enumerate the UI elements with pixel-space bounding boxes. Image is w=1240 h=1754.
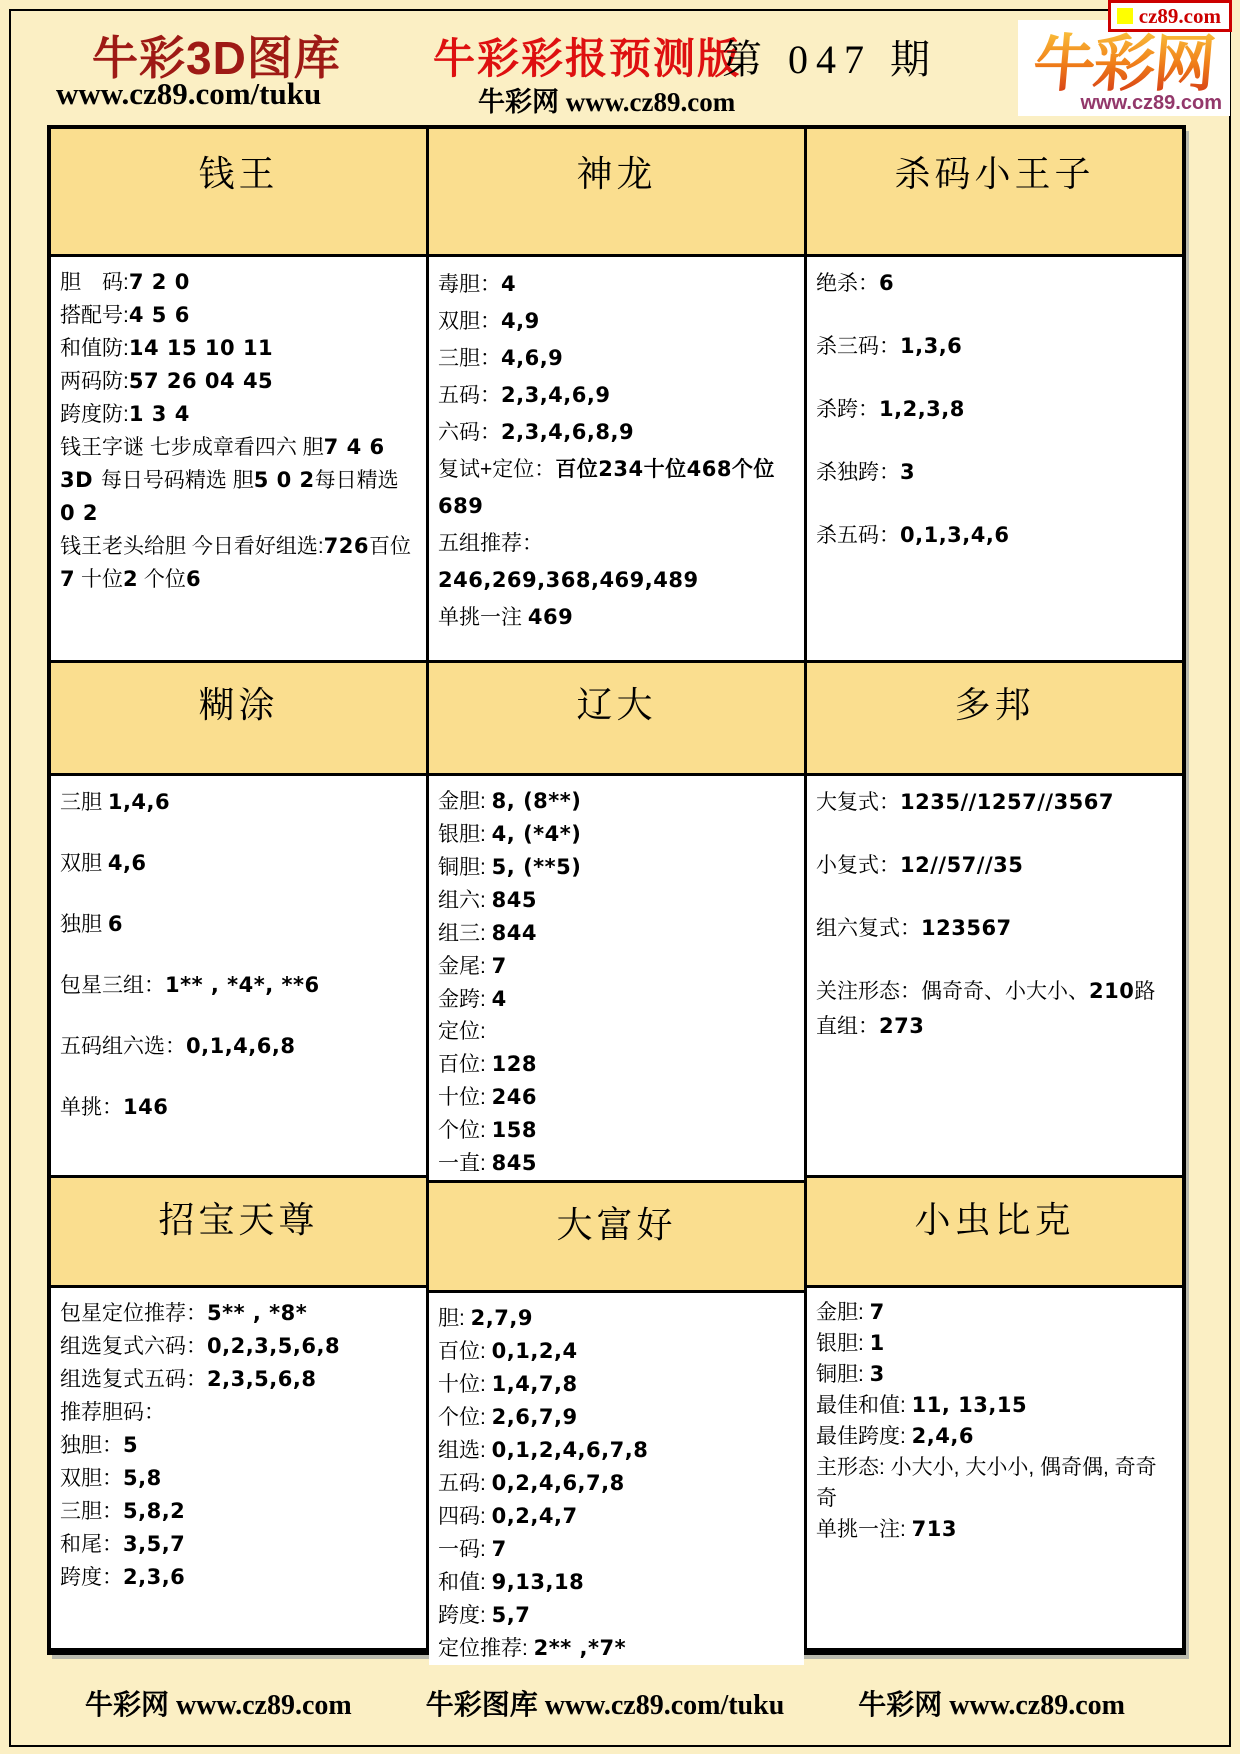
site-url: 牛彩网 www.cz89.com xyxy=(478,80,735,119)
cell-title: 辽大 xyxy=(429,663,804,728)
prediction-line: 六码：2,3,4,6,8,9 xyxy=(438,414,794,451)
prediction-value: 2,3,4,6,8,9 xyxy=(501,420,634,444)
prediction-label: 最佳跨度: xyxy=(816,1425,912,1448)
prediction-line: 双胆：5,8 xyxy=(60,1462,416,1495)
predictor-cell: 钱王 胆 码:7 2 0搭配号:4 5 6和值防:14 15 10 11两码防:… xyxy=(51,129,426,660)
prediction-value: 7 2 0 xyxy=(129,270,190,294)
prediction-label: 五组推荐： xyxy=(438,532,543,555)
prediction-label: 杀独跨： xyxy=(816,461,900,484)
cell-title-band: 小虫比克 xyxy=(807,1175,1182,1288)
cell-title: 小虫比克 xyxy=(807,1178,1182,1243)
cell-title-band: 多邦 xyxy=(807,660,1182,776)
cell-title: 大富好 xyxy=(429,1183,804,1248)
prediction-line: 杀五码：0,1,3,4,6 xyxy=(816,518,1172,553)
prediction-value: 9,13,18 xyxy=(492,1570,585,1594)
cell-body: 包星定位推荐：5** , *8*组选复式六码：0,2,3,5,6,8组选复式五码… xyxy=(51,1288,426,1648)
prediction-label: 关注形态：偶奇奇、小大小、 xyxy=(816,980,1089,1003)
prediction-line: 双胆 4,6 xyxy=(60,846,416,881)
prediction-line: 最佳跨度: 2,4,6 xyxy=(816,1421,1164,1452)
prediction-line: 组六复式：123567 xyxy=(816,911,1172,946)
prediction-value: 5** , *8* xyxy=(207,1301,307,1325)
prediction-value: 4,6,9 xyxy=(501,346,563,370)
prediction-value: 12//57//35 xyxy=(900,853,1023,877)
prediction-line: 包星定位推荐：5** , *8* xyxy=(60,1297,416,1330)
prediction-line: 金胆: 8, (8**) xyxy=(438,785,794,818)
prediction-line: 3D 每日号码精选 胆5 0 2每日精选 0 2 xyxy=(60,464,416,530)
prediction-label: 单挑： xyxy=(60,1096,123,1119)
predictor-cell: 招宝天尊 包星定位推荐：5** , *8*组选复式六码：0,2,3,5,6,8组… xyxy=(51,1175,426,1648)
prediction-line: 三胆：5,8,2 xyxy=(60,1495,416,1528)
cell-body: 大复式：1235//1257//3567小复式：12//57//35组六复式：1… xyxy=(807,776,1182,1175)
prediction-line: 两码防:57 26 04 45 xyxy=(60,365,416,398)
prediction-line: 三胆：4,6,9 xyxy=(438,340,794,377)
prediction-value: 0,1,4,6,8 xyxy=(186,1034,295,1058)
prediction-label: 杀三码： xyxy=(816,335,900,358)
prediction-line: 三胆 1,4,6 xyxy=(60,785,416,820)
prediction-line: 独胆 6 xyxy=(60,907,416,942)
prediction-line: 搭配号:4 5 6 xyxy=(60,299,416,332)
prediction-label: 组选复式六码： xyxy=(60,1335,207,1358)
prediction-label: 胆: xyxy=(438,1307,471,1330)
cell-body: 金胆: 7银胆: 1铜胆: 3最佳和值: 11, 13,15最佳跨度: 2,4,… xyxy=(807,1288,1182,1648)
prediction-label: 两码防: xyxy=(60,370,129,393)
prediction-label: 一直: xyxy=(438,1152,492,1175)
prediction-line: 钱王字谜 七步成章看四六 胆7 4 6 xyxy=(60,431,416,464)
cz89-chip: cz89.com xyxy=(1108,0,1232,32)
cell-body: 绝杀：6杀三码：1,3,6杀跨：1,2,3,8杀独跨：3杀五码：0,1,3,4,… xyxy=(807,257,1182,660)
prediction-line: 推荐胆码： xyxy=(60,1396,416,1429)
prediction-line: 个位: 2,6,7,9 xyxy=(438,1401,794,1434)
prediction-label: 组六: xyxy=(438,889,492,912)
prediction-label: 跨度: xyxy=(438,1604,492,1627)
predictor-cell: 辽大 金胆: 8, (8**)银胆: 4, (*4*)铜胆: 5, (**5)组… xyxy=(429,660,804,1180)
prediction-line: 十位: 1,4,7,8 xyxy=(438,1368,794,1401)
prediction-label: 跨度： xyxy=(60,1566,123,1589)
prediction-value: 210 xyxy=(1089,979,1134,1003)
prediction-label: 银胆: xyxy=(438,823,492,846)
footer-right: 牛彩网 www.cz89.com xyxy=(858,1683,1125,1723)
prediction-line: 胆: 2,7,9 xyxy=(438,1302,794,1335)
prediction-value: 5, (**5) xyxy=(492,855,582,879)
prediction-label: 定位: xyxy=(438,1020,486,1043)
prediction-line: 直组：273 xyxy=(816,1009,1172,1044)
prediction-label: 独胆 xyxy=(60,913,108,936)
prediction-line: 定位推荐: 2** ,*7* xyxy=(438,1632,794,1665)
prediction-label: 单挑一注 xyxy=(438,606,528,629)
prediction-value: 6 xyxy=(108,912,123,936)
cell-title: 杀码小王子 xyxy=(807,129,1182,197)
prediction-value: 1,3,6 xyxy=(900,334,962,358)
prediction-value: 1,4,6 xyxy=(108,790,170,814)
prediction-label: 搭配号: xyxy=(60,304,129,327)
prediction-value: 0,2,3,5,6,8 xyxy=(207,1334,340,1358)
prediction-line: 定位: xyxy=(438,1016,794,1048)
prediction-value: 1235//1257//3567 xyxy=(900,790,1114,814)
prediction-label: 每日精选 xyxy=(315,469,399,492)
prediction-label: 和值: xyxy=(438,1571,492,1594)
cell-title: 多邦 xyxy=(807,663,1182,728)
prediction-line: 组六: 845 xyxy=(438,884,794,917)
prediction-line: 四码: 0,2,4,7 xyxy=(438,1500,794,1533)
prediction-value: 1 3 4 xyxy=(129,402,190,426)
prediction-line: 单挑一注 469 xyxy=(438,599,794,636)
prediction-label: 三胆： xyxy=(60,1500,123,1523)
prediction-label: 百位: xyxy=(438,1053,492,1076)
prediction-label: 金胆: xyxy=(816,1301,870,1324)
prediction-line: 金胆: 7 xyxy=(816,1297,1164,1328)
prediction-line: 一码: 7 xyxy=(438,1533,794,1566)
prediction-value: 4 5 6 xyxy=(129,303,190,327)
prediction-label: 三胆 xyxy=(60,791,108,814)
prediction-label: 铜胆: xyxy=(438,856,492,879)
prediction-value: 0,1,2,4,6,7,8 xyxy=(492,1438,649,1462)
prediction-label: 六码： xyxy=(438,421,501,444)
prediction-label: 一码: xyxy=(438,1538,492,1561)
prediction-line: 跨度: 5,7 xyxy=(438,1599,794,1632)
cell-body: 胆: 2,7,9百位: 0,1,2,4十位: 1,4,7,8个位: 2,6,7,… xyxy=(429,1293,804,1665)
prediction-line: 单挑：146 xyxy=(60,1090,416,1125)
prediction-line: 杀独跨：3 xyxy=(816,455,1172,490)
prediction-label: 百位: xyxy=(438,1340,492,1363)
footer-center: 牛彩图库 www.cz89.com/tuku xyxy=(426,1683,785,1723)
prediction-value: 246 xyxy=(492,1085,537,1109)
prediction-line: 百位: 0,1,2,4 xyxy=(438,1335,794,1368)
prediction-line: 金跨: 4 xyxy=(438,983,794,1016)
predictor-cell: 小虫比克 金胆: 7银胆: 1铜胆: 3最佳和值: 11, 13,15最佳跨度:… xyxy=(807,1175,1182,1648)
prediction-line: 最佳和值: 11, 13,15 xyxy=(816,1390,1164,1421)
prediction-value: 3 xyxy=(900,460,915,484)
yellow-square-icon xyxy=(1117,8,1133,24)
prediction-label: 大复式： xyxy=(816,791,900,814)
prediction-label: 钱王字谜 七步成章看四六 胆 xyxy=(60,436,324,459)
prediction-value: 7 xyxy=(492,954,507,978)
prediction-value: 4 xyxy=(492,987,507,1011)
prediction-label: 独胆： xyxy=(60,1434,123,1457)
prediction-label: 复试+定位： xyxy=(438,458,555,481)
prediction-label: 和尾： xyxy=(60,1533,123,1556)
prediction-value: 1** , *4*, **6 xyxy=(165,973,320,997)
prediction-label: 银胆: xyxy=(816,1332,870,1355)
prediction-value: 146 xyxy=(123,1095,168,1119)
prediction-label: 百位 xyxy=(369,535,411,558)
prediction-label: 直组： xyxy=(816,1015,879,1038)
prediction-label: 双胆： xyxy=(60,1467,123,1490)
prediction-label: 和值防: xyxy=(60,337,129,360)
prediction-line: 铜胆: 5, (**5) xyxy=(438,851,794,884)
page-header: 牛彩3D图库 www.cz89.com/tuku 牛彩彩报预测版 牛彩网 www… xyxy=(0,0,1240,122)
cell-title-band: 辽大 xyxy=(429,660,804,776)
predictor-cell: 杀码小王子 绝杀：6杀三码：1,3,6杀跨：1,2,3,8杀独跨：3杀五码：0,… xyxy=(807,129,1182,660)
prediction-label: 杀跨： xyxy=(816,398,879,421)
prediction-value: 2,6,7,9 xyxy=(492,1405,578,1429)
prediction-label: 包星三组： xyxy=(60,974,165,997)
predictor-cell: 多邦 大复式：1235//1257//3567小复式：12//57//35组六复… xyxy=(807,660,1182,1175)
cell-title-band: 大富好 xyxy=(429,1180,804,1293)
prediction-value: 4, (*4*) xyxy=(492,822,582,846)
prediction-value: 0 2 xyxy=(60,501,98,525)
prediction-value: 3,5,7 xyxy=(123,1532,185,1556)
prediction-line: 胆 码:7 2 0 xyxy=(60,266,416,299)
prediction-value: 2,3,6 xyxy=(123,1565,185,1589)
prediction-line: 百位: 128 xyxy=(438,1048,794,1081)
prediction-label: 双胆： xyxy=(438,310,501,333)
prediction-line: 银胆: 4, (*4*) xyxy=(438,818,794,851)
prediction-line: 主形态: 小大小, 大小小, 偶奇偶, 奇奇奇 xyxy=(816,1452,1164,1514)
prediction-value: 2,4,6 xyxy=(912,1424,974,1448)
prediction-label: 主形态: 小大小, 大小小, 偶奇偶, 奇奇奇 xyxy=(816,1456,1157,1510)
chip-domain: cz89.com xyxy=(1139,4,1221,29)
prediction-value: 123567 xyxy=(921,916,1012,940)
prediction-value: 1,2,3,8 xyxy=(879,397,965,421)
prediction-line: 杀跨：1,2,3,8 xyxy=(816,392,1172,427)
prediction-label: 十位 xyxy=(75,568,123,591)
prediction-label: 小复式： xyxy=(816,854,900,877)
prediction-value: 5 xyxy=(123,1433,138,1457)
prediction-value: 7 4 6 xyxy=(324,435,385,459)
prediction-label: 推荐胆码： xyxy=(60,1401,165,1424)
prediction-value: 7 xyxy=(60,567,75,591)
prediction-value: 246,269,368,469,489 xyxy=(438,568,699,592)
prediction-value: 57 26 04 45 xyxy=(129,369,273,393)
board-column-3: 杀码小王子 绝杀：6杀三码：1,3,6杀跨：1,2,3,8杀独跨：3杀五码：0,… xyxy=(807,129,1182,1648)
prediction-label: 组选复式五码： xyxy=(60,1368,207,1391)
prediction-value: 1 xyxy=(870,1331,885,1355)
prediction-value: 6 xyxy=(879,271,894,295)
prediction-line: 五码: 0,2,4,6,7,8 xyxy=(438,1467,794,1500)
prediction-line: 钱王老头给胆 今日看好组选:726百位7 十位2 个位6 xyxy=(60,530,416,596)
prediction-value: 128 xyxy=(492,1052,537,1076)
prediction-value: 5,8 xyxy=(123,1466,162,1490)
prediction-value: 7 xyxy=(870,1300,885,1324)
prediction-label: 十位: xyxy=(438,1373,492,1396)
board-column-1: 钱王 胆 码:7 2 0搭配号:4 5 6和值防:14 15 10 11两码防:… xyxy=(51,129,429,1648)
prediction-line: 组选复式六码：0,2,3,5,6,8 xyxy=(60,1330,416,1363)
prediction-line: 银胆: 1 xyxy=(816,1328,1164,1359)
prediction-line: 五码：2,3,4,6,9 xyxy=(438,377,794,414)
prediction-line: 单挑一注: 713 xyxy=(816,1514,1164,1545)
prediction-value: 158 xyxy=(492,1118,537,1142)
prediction-value: 845 xyxy=(492,888,537,912)
cell-title: 招宝天尊 xyxy=(51,1178,426,1243)
prediction-value: 4,9 xyxy=(501,309,540,333)
footer-left: 牛彩网 www.cz89.com xyxy=(85,1683,352,1723)
brand-url: www.cz89.com/tuku xyxy=(56,76,321,112)
prediction-line: 杀三码：1,3,6 xyxy=(816,329,1172,364)
prediction-value: 844 xyxy=(492,921,537,945)
edition-title: 牛彩彩报预测版 xyxy=(433,26,741,86)
cell-body: 胆 码:7 2 0搭配号:4 5 6和值防:14 15 10 11两码防:57 … xyxy=(51,257,426,660)
prediction-line: 五码组六选：0,1,4,6,8 xyxy=(60,1029,416,1064)
cell-body: 毒胆：4双胆：4,9三胆：4,6,9五码：2,3,4,6,9六码：2,3,4,6… xyxy=(429,257,804,660)
prediction-label: 单挑一注: xyxy=(816,1518,912,1541)
prediction-value: 6 xyxy=(186,567,201,591)
prediction-board: 钱王 胆 码:7 2 0搭配号:4 5 6和值防:14 15 10 11两码防:… xyxy=(47,125,1186,1655)
predictor-cell: 大富好 胆: 2,7,9百位: 0,1,2,4十位: 1,4,7,8个位: 2,… xyxy=(429,1180,804,1665)
prediction-label: 个位 xyxy=(138,568,186,591)
prediction-label: 十位: xyxy=(438,1086,492,1109)
prediction-label: 四码: xyxy=(438,1505,492,1528)
prediction-value: 2,3,5,6,8 xyxy=(207,1367,316,1391)
prediction-value: 5 0 2 xyxy=(254,468,315,492)
prediction-line: 十位: 246 xyxy=(438,1081,794,1114)
prediction-line: 跨度防:1 3 4 xyxy=(60,398,416,431)
prediction-line: 双胆：4,9 xyxy=(438,303,794,340)
prediction-label: 金尾: xyxy=(438,955,492,978)
prediction-value: 0,2,4,7 xyxy=(492,1504,578,1528)
prediction-label: 双胆 xyxy=(60,852,108,875)
prediction-label: 包星定位推荐： xyxy=(60,1302,207,1325)
prediction-value: 713 xyxy=(912,1517,957,1541)
prediction-label: 杀五码： xyxy=(816,524,900,547)
board-column-2: 神龙 毒胆：4双胆：4,9三胆：4,6,9五码：2,3,4,6,9六码：2,3,… xyxy=(429,129,807,1648)
cell-body: 金胆: 8, (8**)银胆: 4, (*4*)铜胆: 5, (**5)组六: … xyxy=(429,776,804,1180)
prediction-value: 273 xyxy=(879,1014,924,1038)
prediction-value: 4 xyxy=(501,272,516,296)
cell-title: 钱王 xyxy=(51,129,426,197)
prediction-value: 14 15 10 11 xyxy=(129,336,273,360)
prediction-value: 2** ,*7* xyxy=(534,1636,626,1660)
prediction-label: 绝杀： xyxy=(816,272,879,295)
prediction-line: 关注形态：偶奇奇、小大小、210路 xyxy=(816,974,1172,1009)
prediction-value: 845 xyxy=(492,1151,537,1175)
prediction-label: 每日号码精选 胆 xyxy=(101,469,254,492)
prediction-value: 5,8,2 xyxy=(123,1499,185,1523)
prediction-value: 2,3,4,6,9 xyxy=(501,383,610,407)
prediction-value: 3 xyxy=(870,1362,885,1386)
prediction-value: 726 xyxy=(324,534,369,558)
cell-body: 三胆 1,4,6双胆 4,6独胆 6包星三组：1** , *4*, **6五码组… xyxy=(51,776,426,1175)
prediction-label: 五码： xyxy=(438,384,501,407)
prediction-value: 7 xyxy=(492,1537,507,1561)
prediction-line: 毒胆：4 xyxy=(438,266,794,303)
prediction-line: 个位: 158 xyxy=(438,1114,794,1147)
prediction-value: 0,1,3,4,6 xyxy=(900,523,1009,547)
prediction-line: 和值: 9,13,18 xyxy=(438,1566,794,1599)
prediction-label: 组选: xyxy=(438,1439,492,1462)
prediction-line: 复试+定位：百位234十位468个位689 xyxy=(438,451,794,525)
prediction-value: 0,1,2,4 xyxy=(492,1339,578,1363)
prediction-line: 跨度：2,3,6 xyxy=(60,1561,416,1594)
prediction-label: 铜胆: xyxy=(816,1363,870,1386)
prediction-label: 五码组六选： xyxy=(60,1035,186,1058)
prediction-line: 组选复式五码：2,3,5,6,8 xyxy=(60,1363,416,1396)
prediction-label: 最佳和值: xyxy=(816,1394,912,1417)
page-footer: 牛彩网 www.cz89.com 牛彩图库 www.cz89.com/tuku … xyxy=(0,1683,1240,1723)
prediction-line: 小复式：12//57//35 xyxy=(816,848,1172,883)
prediction-value: 8, (8**) xyxy=(492,789,582,813)
prediction-label: 跨度防: xyxy=(60,403,129,426)
prediction-label: 钱王老头给胆 今日看好组选: xyxy=(60,535,324,558)
prediction-line: 组选: 0,1,2,4,6,7,8 xyxy=(438,1434,794,1467)
prediction-value: 0,2,4,6,7,8 xyxy=(492,1471,625,1495)
prediction-line: 金尾: 7 xyxy=(438,950,794,983)
cell-title-band: 招宝天尊 xyxy=(51,1175,426,1288)
prediction-value: 4,6 xyxy=(108,851,147,875)
prediction-label: 金跨: xyxy=(438,988,492,1011)
prediction-line: 绝杀：6 xyxy=(816,266,1172,301)
prediction-value: 2,7,9 xyxy=(471,1306,533,1330)
cell-title-band: 杀码小王子 xyxy=(807,129,1182,257)
prediction-value: 5,7 xyxy=(492,1603,531,1627)
prediction-line: 一直: 845 xyxy=(438,1147,794,1180)
cell-title-band: 神龙 xyxy=(429,129,804,257)
cell-title-band: 钱王 xyxy=(51,129,426,257)
prediction-line: 包星三组：1** , *4*, **6 xyxy=(60,968,416,1003)
prediction-line: 和值防:14 15 10 11 xyxy=(60,332,416,365)
prediction-line: 独胆：5 xyxy=(60,1429,416,1462)
prediction-label: 五码: xyxy=(438,1472,492,1495)
prediction-value: 469 xyxy=(528,605,573,629)
prediction-label: 路 xyxy=(1134,980,1155,1003)
prediction-line: 五组推荐：246,269,368,469,489 xyxy=(438,525,794,599)
prediction-value: 3D xyxy=(60,468,101,492)
cell-title-band: 糊涂 xyxy=(51,660,426,776)
predictor-cell: 神龙 毒胆：4双胆：4,9三胆：4,6,9五码：2,3,4,6,9六码：2,3,… xyxy=(429,129,804,660)
prediction-label: 三胆： xyxy=(438,347,501,370)
prediction-value: 11, 13,15 xyxy=(912,1393,1027,1417)
cell-title: 糊涂 xyxy=(51,663,426,728)
issue-number: 第 047 期 xyxy=(722,28,938,85)
prediction-label: 个位: xyxy=(438,1406,492,1429)
prediction-line: 和尾：3,5,7 xyxy=(60,1528,416,1561)
prediction-line: 组三: 844 xyxy=(438,917,794,950)
predictor-cell: 糊涂 三胆 1,4,6双胆 4,6独胆 6包星三组：1** , *4*, **6… xyxy=(51,660,426,1175)
prediction-line: 铜胆: 3 xyxy=(816,1359,1164,1390)
prediction-label: 个位: xyxy=(438,1119,492,1142)
prediction-label: 金胆: xyxy=(438,790,492,813)
prediction-value: 2 xyxy=(123,567,138,591)
cell-title: 神龙 xyxy=(429,129,804,197)
prediction-label: 毒胆： xyxy=(438,273,501,296)
prediction-label: 胆 码: xyxy=(60,271,129,294)
prediction-label: 组六复式： xyxy=(816,917,921,940)
prediction-label: 组三: xyxy=(438,922,492,945)
prediction-line: 大复式：1235//1257//3567 xyxy=(816,785,1172,820)
prediction-label: 定位推荐: xyxy=(438,1637,534,1660)
prediction-value: 1,4,7,8 xyxy=(492,1372,578,1396)
